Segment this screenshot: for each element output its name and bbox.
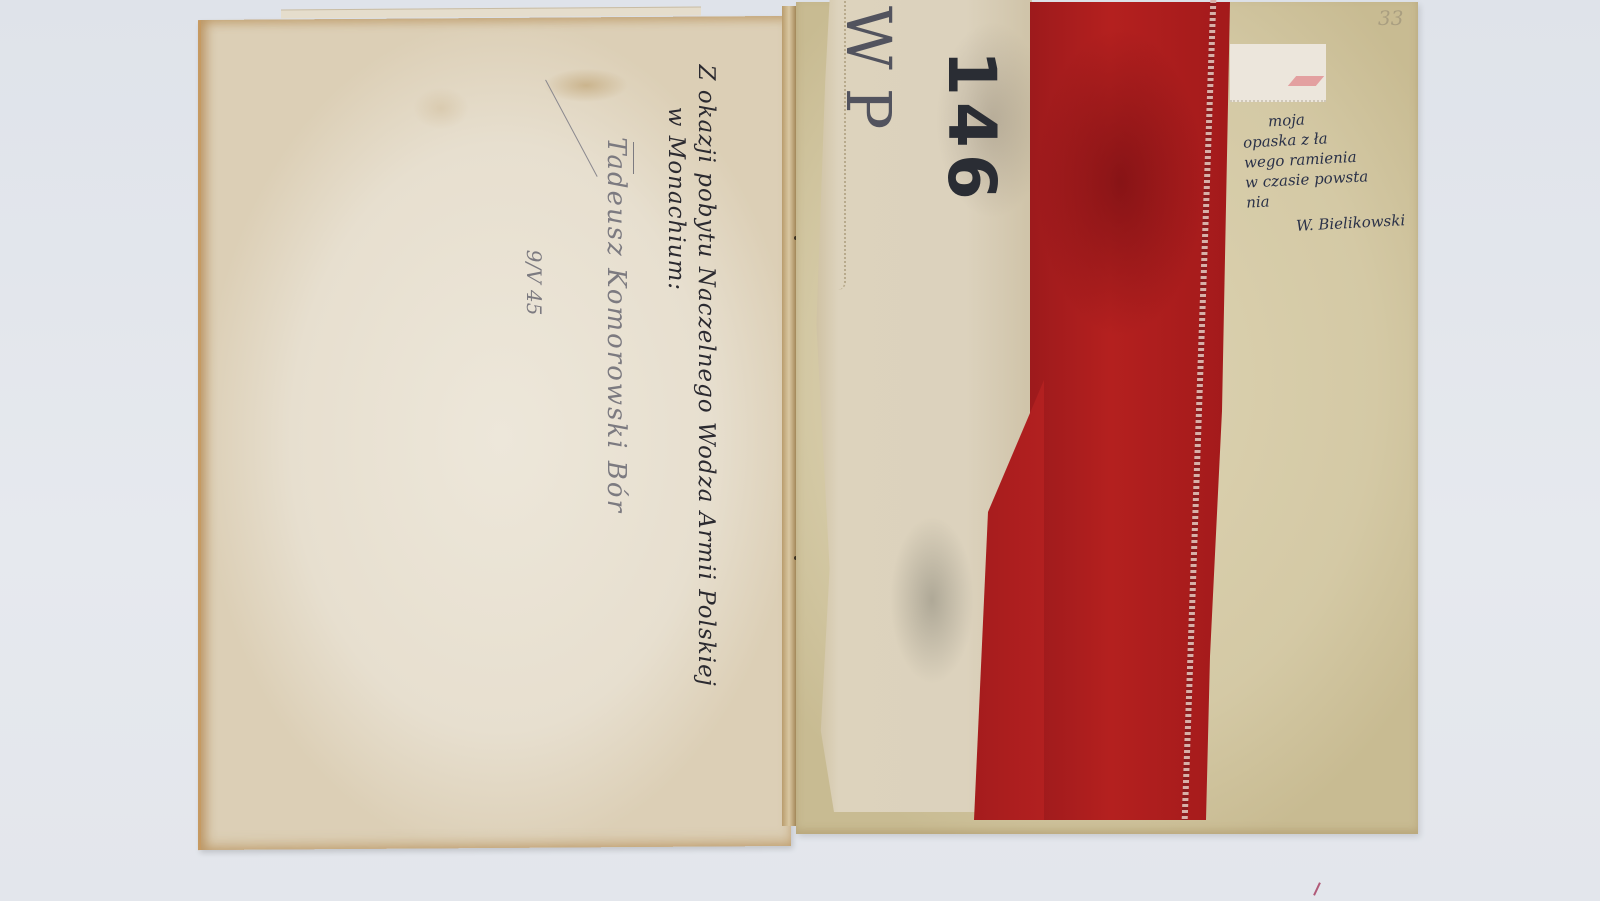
album-photo: Z okazji pobytu Naczelnego Wodza Armii P… [0,0,1600,901]
page-number: 33 [1378,6,1403,30]
left-page: Z okazji pobytu Naczelnego Wodza Armii P… [198,16,791,850]
handwritten-note: moja opaska z ła wego ramienia w czasie … [1242,103,1427,212]
album-gutter [782,6,796,826]
paper-label [1230,44,1326,102]
pencil-stroke [545,80,598,177]
signature-name: Tadeusz Komorowski Bór [601,137,631,514]
armband-number: 146 [933,50,1010,206]
dedication-line-2: w Monachium: [663,107,689,292]
pencil-mark [633,142,634,174]
page-edge [281,7,701,19]
signature-date: 9/V 45 [522,250,546,316]
pink-mark [1288,76,1324,86]
armband-stamp-wp: WP [832,6,905,147]
dedication-line-1: Z okazji pobytu Naczelnego Wodza Armii P… [693,64,719,686]
pink-mark [1313,882,1321,896]
